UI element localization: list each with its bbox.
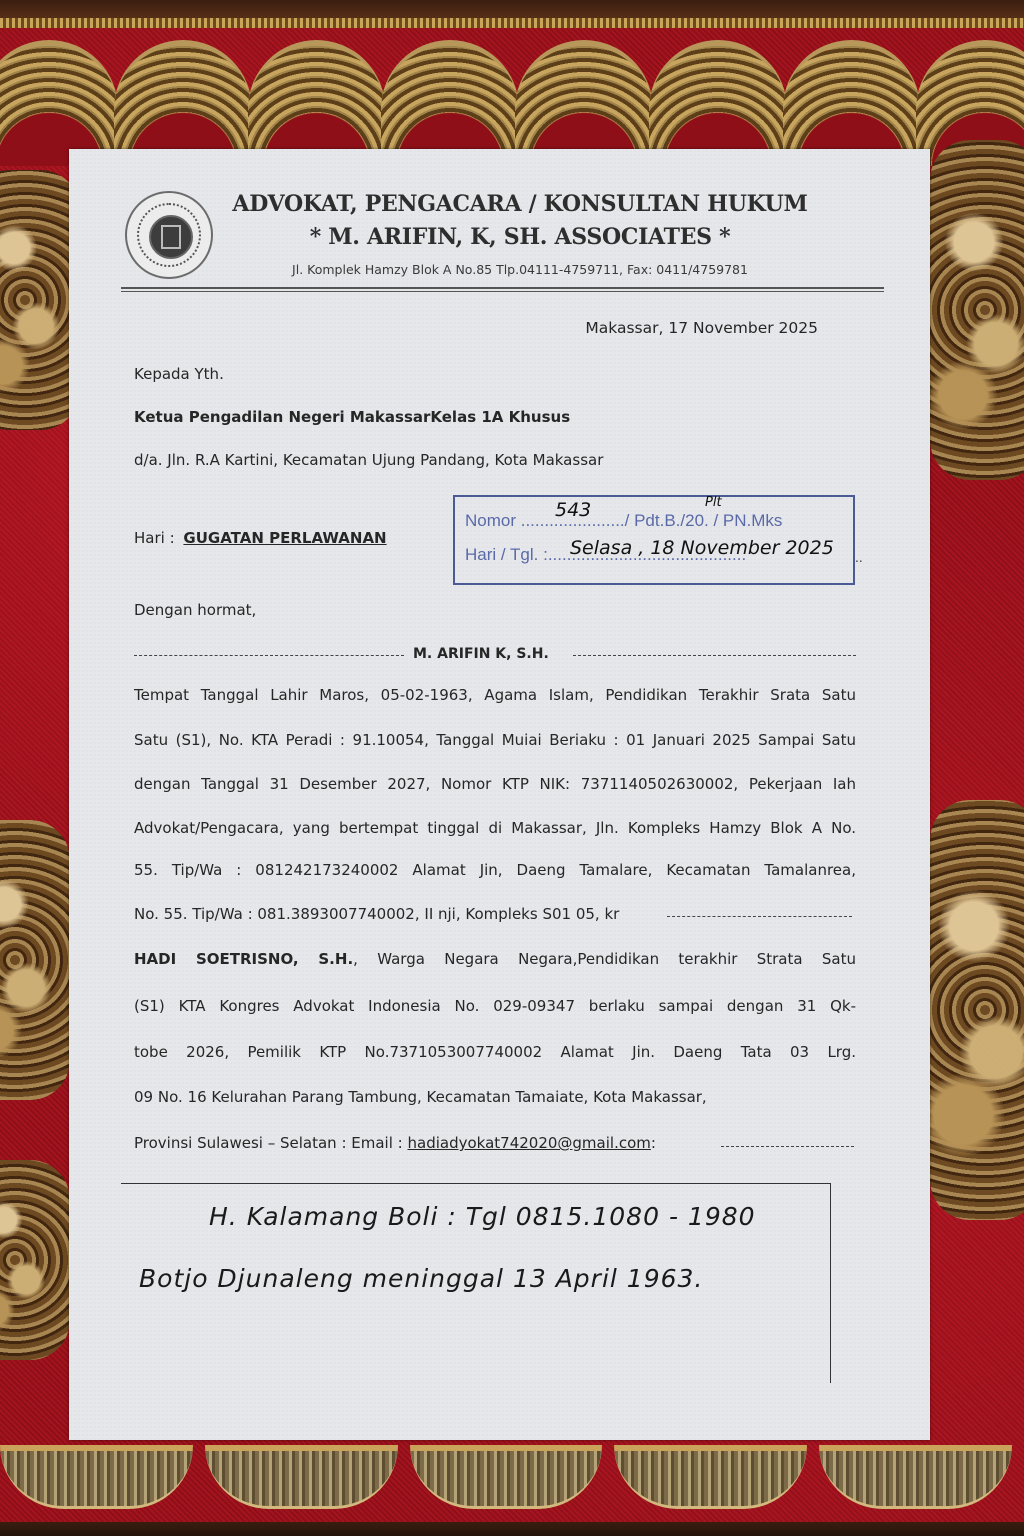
- stamp-trail-dots: ..: [855, 551, 863, 565]
- party2-province: Provinsi Sulawesi – Selatan : Email :: [134, 1134, 408, 1152]
- letterhead-rule-bottom: [121, 291, 884, 292]
- letterhead-firm-name: * M. ARIFIN, K, SH. ASSOCIATES *: [215, 224, 825, 250]
- party2-suffix: :: [651, 1134, 656, 1152]
- dash-filler: [667, 916, 852, 917]
- stamp-date-handwritten: Selasa , 18 November 2025: [570, 537, 834, 559]
- stamp-correction-handwritten: Plt: [705, 495, 722, 510]
- stamp-nomor-label: Nomor ....................../ Pdt.B./20.…: [465, 511, 782, 531]
- handwritten-note-line1: H. Kalamang Boli : Tgl 0815.1080 - 1980: [209, 1202, 756, 1231]
- party2-line: 09 No. 16 Kelurahan Parang Tambung, Keca…: [134, 1088, 707, 1106]
- law-firm-seal-icon: [125, 191, 213, 279]
- greeting: Dengan hormat,: [134, 601, 256, 619]
- court-registration-stamp: Nomor ....................../ Pdt.B./20.…: [453, 495, 855, 585]
- gold-floral-ornament-left-mid: [0, 820, 70, 1100]
- recipient-name: Ketua Pengadilan Negeri MakassarKelas 1A…: [134, 408, 570, 426]
- recipient-address: d/a. Jln. R.A Kartini, Kecamatan Ujung P…: [134, 451, 603, 469]
- party2-line: (S1) KTA Kongres Advokat Indonesia No. 0…: [134, 997, 856, 1015]
- letter-document: ADVOKAT, PENGACARA / KONSULTAN HUKUM * M…: [69, 149, 930, 1440]
- party1-line: Advokat/Pengacara, yang bertempat tingga…: [134, 819, 856, 837]
- party2-name: HADI SOETRISNO, S.H.: [134, 950, 353, 968]
- party2-first-line: HADI SOETRISNO, S.H., Warga Negara Negar…: [134, 950, 856, 968]
- gold-garland-embroidery: [0, 1445, 1024, 1510]
- party1-line: Satu (S1), No. KTA Peradi : 91.10054, Ta…: [134, 731, 856, 749]
- wooden-frame-bottom: [0, 1522, 1024, 1536]
- party1-line: No. 55. Tip/Wa : 081.3893007740002, II n…: [134, 905, 619, 923]
- party2-line-rest: , Warga Negara Negara,Pendidikan terakhi…: [353, 950, 856, 968]
- party1-line: 55. Tip/Wa : 081242173240002 Alamat Jin,…: [134, 861, 856, 879]
- handwritten-note-line2: Botjo Djunaleng meninggal 13 April 1963.: [139, 1264, 703, 1293]
- party2-line: tobe 2026, Pemilik KTP No.73710530077400…: [134, 1043, 856, 1061]
- gold-scallop-embroidery: [0, 40, 1024, 160]
- party1-name: M. ARIFIN K, S.H.: [413, 646, 549, 662]
- dash-divider-right: [573, 655, 856, 656]
- stamp-nomor-handwritten: 543: [555, 499, 591, 521]
- handwritten-box-top-line: [121, 1183, 831, 1184]
- subject-value: GUGATAN PERLAWANAN: [183, 529, 386, 547]
- party1-line: dengan Tanggal 31 Desember 2027, Nomor K…: [134, 775, 856, 793]
- gold-floral-ornament-right-mid: [930, 800, 1024, 1220]
- letterhead-address: Jl. Komplek Hamzy Blok A No.85 Tlp.04111…: [215, 262, 825, 277]
- party2-email-link[interactable]: hadiadyokat742020@gmail.com: [408, 1134, 651, 1152]
- subject-label: Hari :: [134, 529, 175, 547]
- wooden-frame-top: [0, 0, 1024, 20]
- party1-line: Tempat Tanggal Lahir Maros, 05-02-1963, …: [134, 686, 856, 704]
- gold-floral-ornament-left-bottom: [0, 1160, 70, 1360]
- salutation: Kepada Yth.: [134, 365, 224, 383]
- gold-floral-ornament-right-top: [930, 140, 1024, 480]
- letterhead-rule-top: [121, 287, 884, 289]
- dash-filler: [721, 1146, 854, 1147]
- place-date: Makassar, 17 November 2025: [585, 319, 818, 337]
- handwritten-box-right-line: [830, 1183, 831, 1383]
- letterhead-title: ADVOKAT, PENGACARA / KONSULTAN HUKUM: [215, 191, 825, 217]
- subject-line: Hari : GUGATAN PERLAWANAN: [134, 529, 387, 547]
- dash-divider-left: [134, 655, 404, 656]
- gold-floral-ornament-left-top: [0, 170, 80, 430]
- gold-braid-trim: [0, 18, 1024, 28]
- party2-last-line: Provinsi Sulawesi – Selatan : Email : ha…: [134, 1134, 656, 1152]
